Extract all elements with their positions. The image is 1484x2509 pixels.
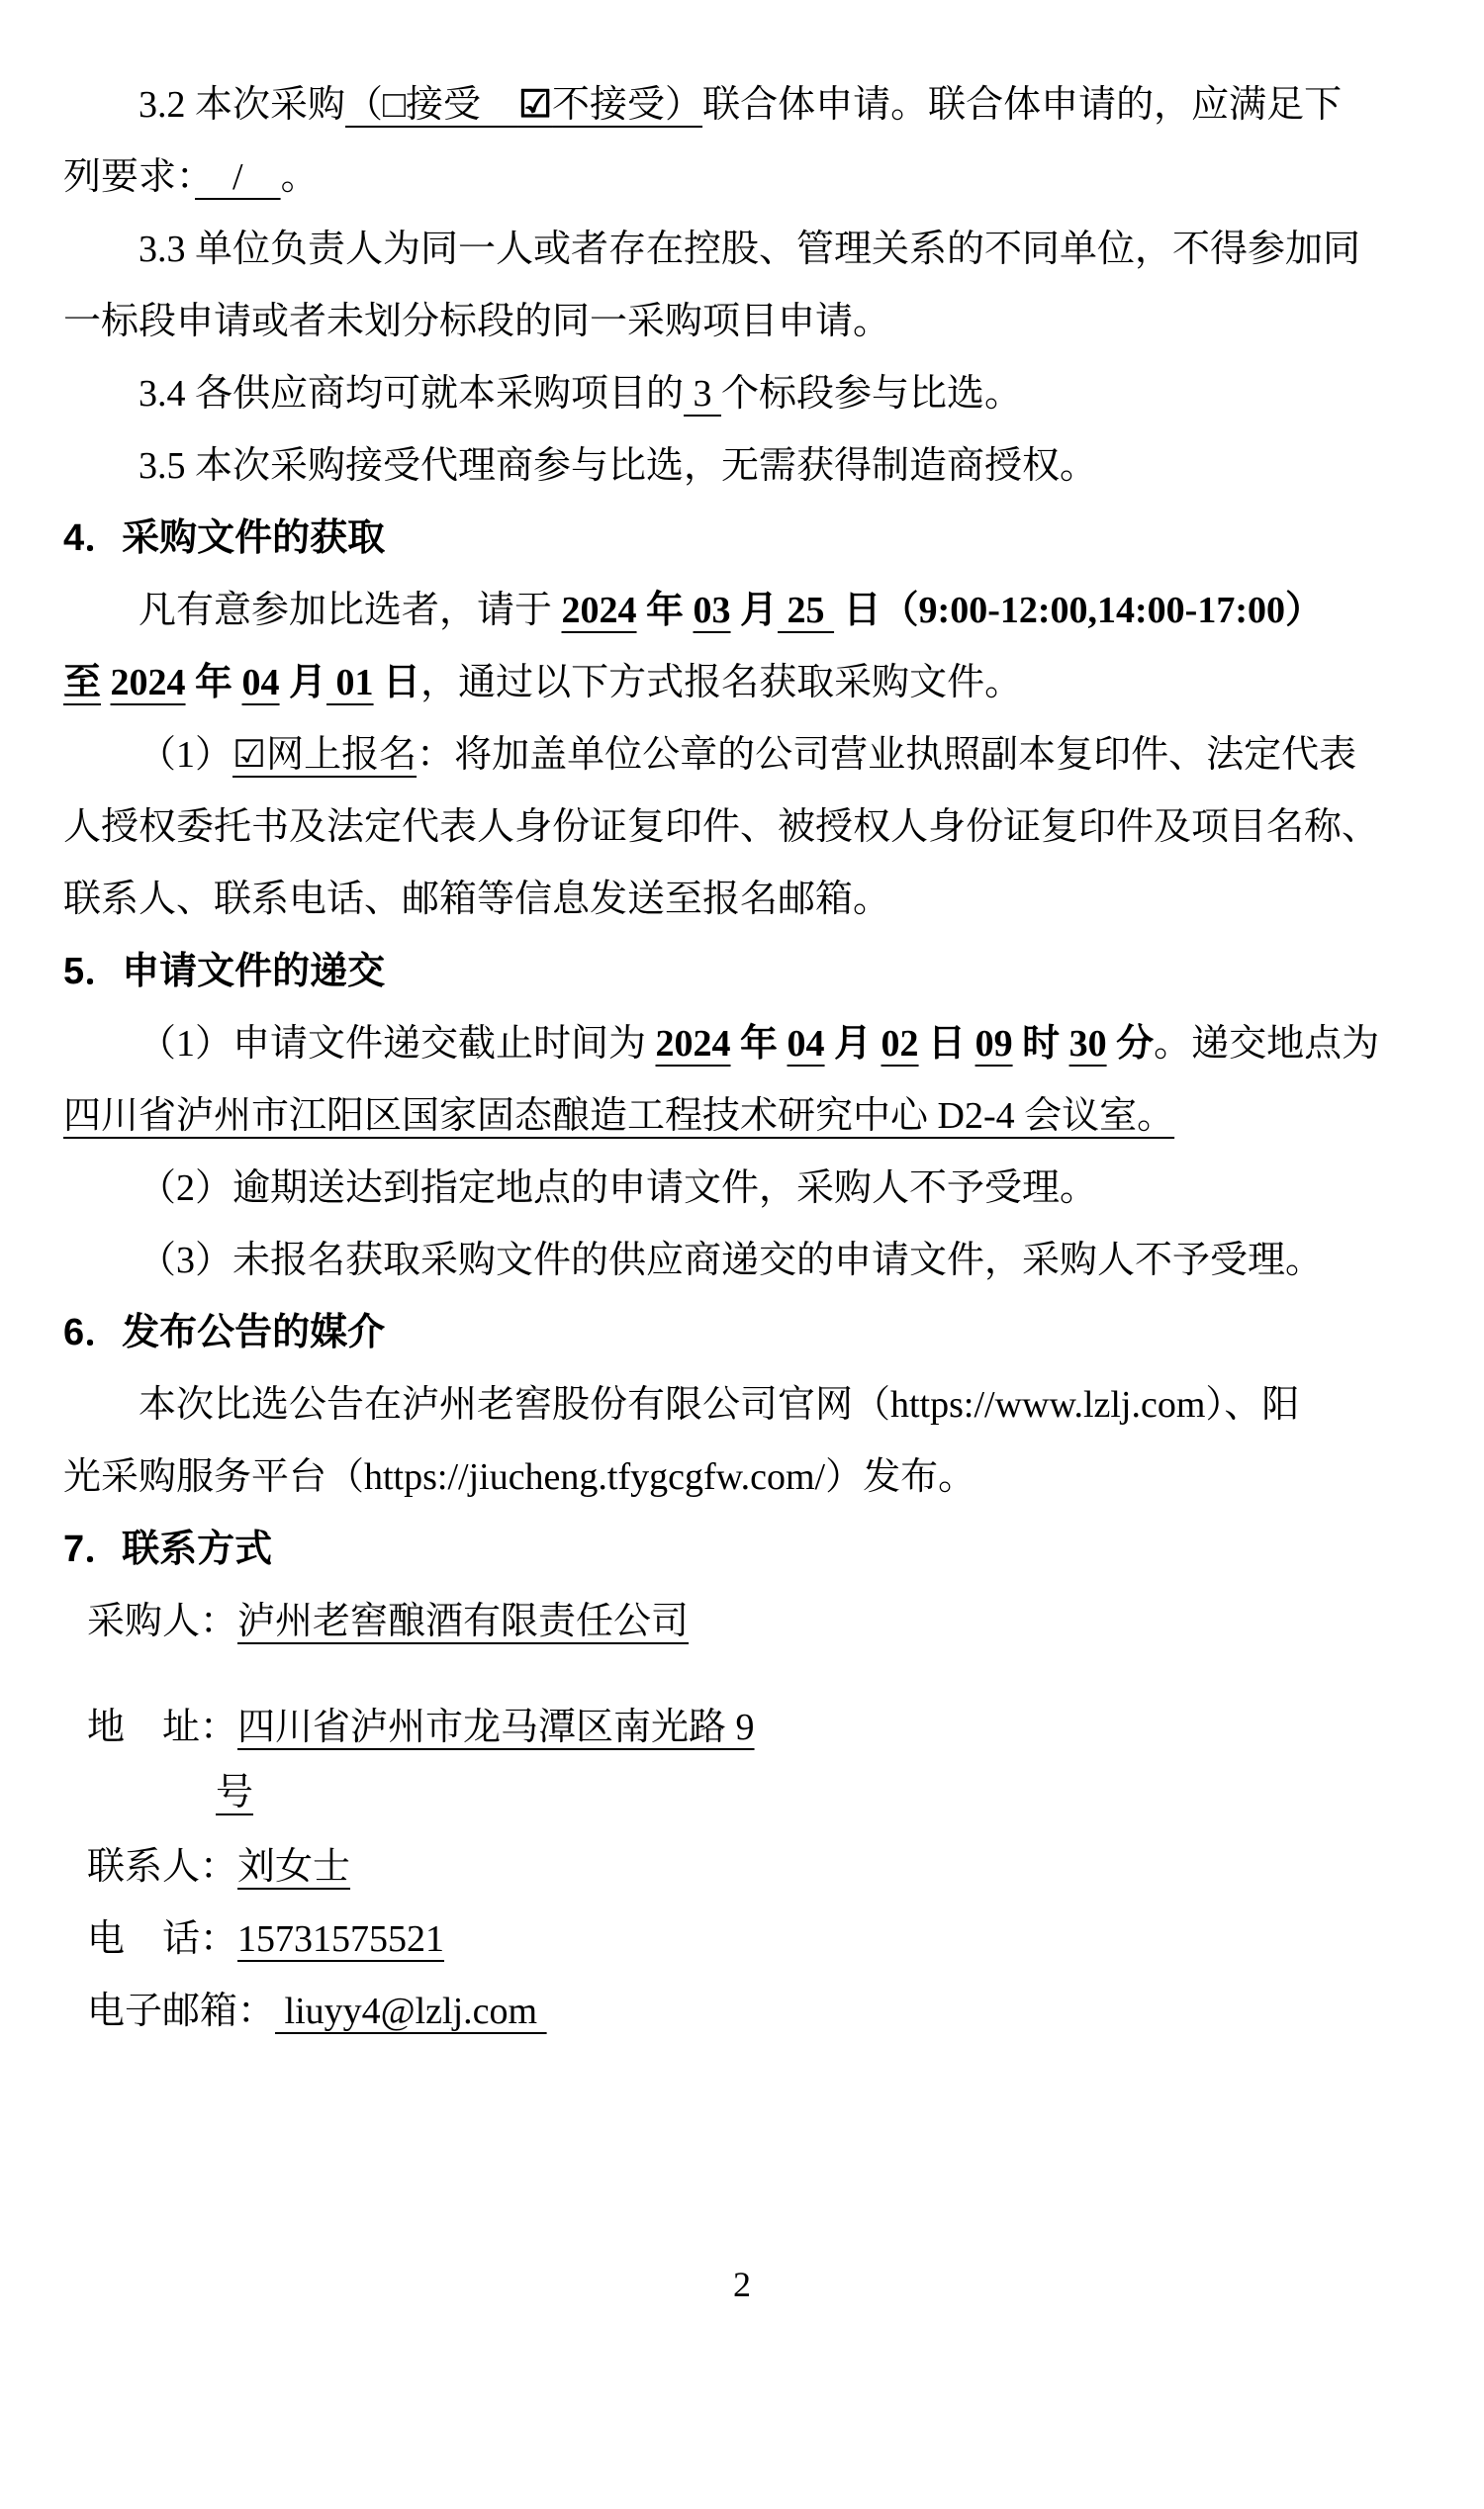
text-run: ☑: [518, 84, 552, 126]
text-run: 03: [694, 590, 731, 631]
text-run: 3.3 单位负责人为同一人或者存在控股、管理关系的不同单位，不得参加同: [139, 229, 1360, 270]
doc-line: 电子邮箱： liuyy4@lzlj.com: [63, 1976, 1429, 2048]
text-run: 7．联系方式: [63, 1529, 272, 1570]
doc-line: 光采购服务平台（https://jiucheng.tfygcgfw.com/）发…: [63, 1441, 1429, 1514]
text-run: （2）逾期送达到指定地点的申请文件，采购人不予受理。: [139, 1167, 1097, 1209]
text-run: 光采购服务平台（https://jiucheng.tfygcgfw.com/）发…: [63, 1456, 975, 1498]
text-run: 一标段申请或者未划分标段的同一采购项目申请。: [63, 301, 890, 342]
text-run: 日: [919, 1023, 975, 1065]
doc-line: 至 2024 年 04 月 01 日，通过以下方式报名获取采购文件。: [63, 647, 1429, 719]
text-run: 泸州老窖酿酒有限责任公司: [237, 1601, 689, 1642]
doc-line: （2）逾期送达到指定地点的申请文件，采购人不予受理。: [63, 1153, 1429, 1225]
doc-line: 本次比选公告在泸州老窖股份有限公司官网（https://www.lzlj.com…: [63, 1369, 1429, 1441]
text-run: 2024: [111, 662, 186, 703]
doc-line: 电 话：15731575521: [63, 1904, 1429, 1976]
document-page: 3.2 本次采购（□接受 ☑不接受）联合体申请。联合体申请的，应满足下列要求： …: [0, 0, 1484, 2509]
doc-line: 人授权委托书及法定代表人身份证复印件、被授权人身份证复印件及项目名称、: [63, 791, 1429, 864]
text-run: 02: [881, 1023, 919, 1065]
text-run: 凡有意参加比选者，请于: [139, 590, 562, 631]
text-run: 本次比选公告在泸州老窖股份有限公司官网（https://www.lzlj.com…: [139, 1384, 1299, 1426]
text-run: 2024: [562, 590, 637, 631]
text-run: 联系人：: [87, 1846, 237, 1888]
text-run: 4．采购文件的获取: [63, 517, 385, 559]
text-run: 地 址：: [87, 1707, 237, 1748]
text-run: 至: [63, 662, 101, 703]
text-run: 年: [731, 1023, 788, 1065]
text-run: liuyy4@lzlj.com: [275, 1991, 547, 2032]
text-run: 3.2 本次采购: [139, 84, 345, 126]
text-run: [101, 662, 111, 703]
text-run: 5．申请文件的递交: [63, 951, 385, 992]
text-run: 年: [186, 662, 242, 703]
text-run: 日: [374, 662, 421, 703]
text-run: 月: [825, 1023, 881, 1065]
doc-line: 凡有意参加比选者，请于 2024 年 03 月 25 日（9:00-12:00,…: [63, 575, 1429, 647]
text-run: （1）: [139, 734, 232, 776]
doc-line: 3.5 本次采购接受代理商参与比选，无需获得制造商授权。: [63, 430, 1429, 503]
page-number: 2: [0, 2264, 1484, 2305]
doc-line: 四川省泸州市江阳区国家固态酿造工程技术研究中心 D2-4 会议室。: [63, 1080, 1429, 1153]
text-run: 号: [216, 1772, 253, 1813]
document-body: 3.2 本次采购（□接受 ☑不接受）联合体申请。联合体申请的，应满足下列要求： …: [0, 0, 1484, 2048]
text-run: 联合体申请。联合体申请的，应满足下: [702, 84, 1342, 126]
doc-line: 号: [63, 1764, 1429, 1821]
text-run: 04: [242, 662, 280, 703]
text-run: ☑网上报名: [232, 734, 417, 776]
text-run: 09: [975, 1023, 1013, 1065]
doc-line: 联系人、联系电话、邮箱等信息发送至报名邮箱。: [63, 864, 1429, 936]
text-run: 四川省泸州市龙马潭区南光路 9: [237, 1707, 755, 1748]
text-run: /: [195, 156, 281, 198]
text-run: 四川省泸州市江阳区国家固态酿造工程技术研究中心 D2-4 会议室。: [63, 1095, 1174, 1137]
text-run: 6．发布公告的媒介: [63, 1312, 385, 1353]
doc-line: 5．申请文件的递交: [63, 936, 1429, 1008]
text-run: 时: [1013, 1023, 1069, 1065]
text-run: 30: [1069, 1023, 1107, 1065]
doc-line: 6．发布公告的媒介: [63, 1297, 1429, 1369]
text-run: 3.5 本次采购接受代理商参与比选，无需获得制造商授权。: [139, 445, 1097, 487]
text-run: 3.4 各供应商均可就本采购项目的: [139, 373, 684, 415]
text-run: 日（9:00-12:00,14:00-17:00）: [834, 590, 1323, 631]
text-run: ：将加盖单位公章的公司营业执照副本复印件、法定代表: [417, 734, 1356, 776]
text-run: 2024: [656, 1023, 731, 1065]
text-run: 01: [326, 662, 374, 703]
doc-line: 3.4 各供应商均可就本采购项目的 3 个标段参与比选。: [63, 358, 1429, 430]
text-run: 月: [280, 662, 327, 703]
doc-line: 3.3 单位负责人为同一人或者存在控股、管理关系的不同单位，不得参加同: [63, 214, 1429, 286]
text-run: 人授权委托书及法定代表人身份证复印件、被授权人身份证复印件及项目名称、: [63, 806, 1379, 848]
text-run: 。: [281, 156, 319, 198]
doc-line: 7．联系方式: [63, 1514, 1429, 1586]
text-run: 15731575521: [237, 1918, 444, 1960]
doc-line: 3.2 本次采购（□接受 ☑不接受）联合体申请。联合体申请的，应满足下: [63, 69, 1429, 141]
doc-line: （1）申请文件递交截止时间为 2024 年 04 月 02 日 09 时 30 …: [63, 1008, 1429, 1080]
doc-line: （3）未报名获取采购文件的供应商递交的申请文件，采购人不予受理。: [63, 1225, 1429, 1297]
text-run: 分: [1107, 1023, 1155, 1065]
text-run: 。递交地点为: [1154, 1023, 1379, 1065]
text-run: 04: [788, 1023, 825, 1065]
doc-line: 地 址：四川省泸州市龙马潭区南光路 9: [63, 1692, 1429, 1764]
text-run: 电 话：: [87, 1918, 237, 1960]
text-run: ，通过以下方式报名获取采购文件。: [420, 662, 1022, 703]
text-run: （1）申请文件递交截止时间为: [139, 1023, 656, 1065]
text-run: 月: [731, 590, 779, 631]
text-run: 25: [778, 590, 834, 631]
text-run: 采购人：: [87, 1601, 237, 1642]
doc-line: 采购人：泸州老窖酿酒有限责任公司: [63, 1586, 1429, 1658]
text-run: 联系人、联系电话、邮箱等信息发送至报名邮箱。: [63, 879, 890, 920]
doc-line: 列要求： / 。: [63, 141, 1429, 214]
text-run: 年: [637, 590, 694, 631]
text-run: 电子邮箱：: [87, 1991, 275, 2032]
text-run: （3）未报名获取采购文件的供应商递交的申请文件，采购人不予受理。: [139, 1240, 1323, 1281]
text-run: 列要求：: [63, 156, 195, 198]
text-run: 刘女士: [237, 1846, 350, 1888]
doc-line: 联系人：刘女士: [63, 1831, 1429, 1904]
text-run: 个标段参与比选。: [721, 373, 1022, 415]
doc-line: 4．采购文件的获取: [63, 503, 1429, 575]
doc-line: 一标段申请或者未划分标段的同一采购项目申请。: [63, 286, 1429, 358]
text-run: 3: [684, 373, 721, 415]
text-run: 不接受）: [552, 84, 702, 126]
doc-line: （1）☑网上报名：将加盖单位公章的公司营业执照副本复印件、法定代表: [63, 719, 1429, 791]
text-run: （□接受: [345, 84, 518, 126]
